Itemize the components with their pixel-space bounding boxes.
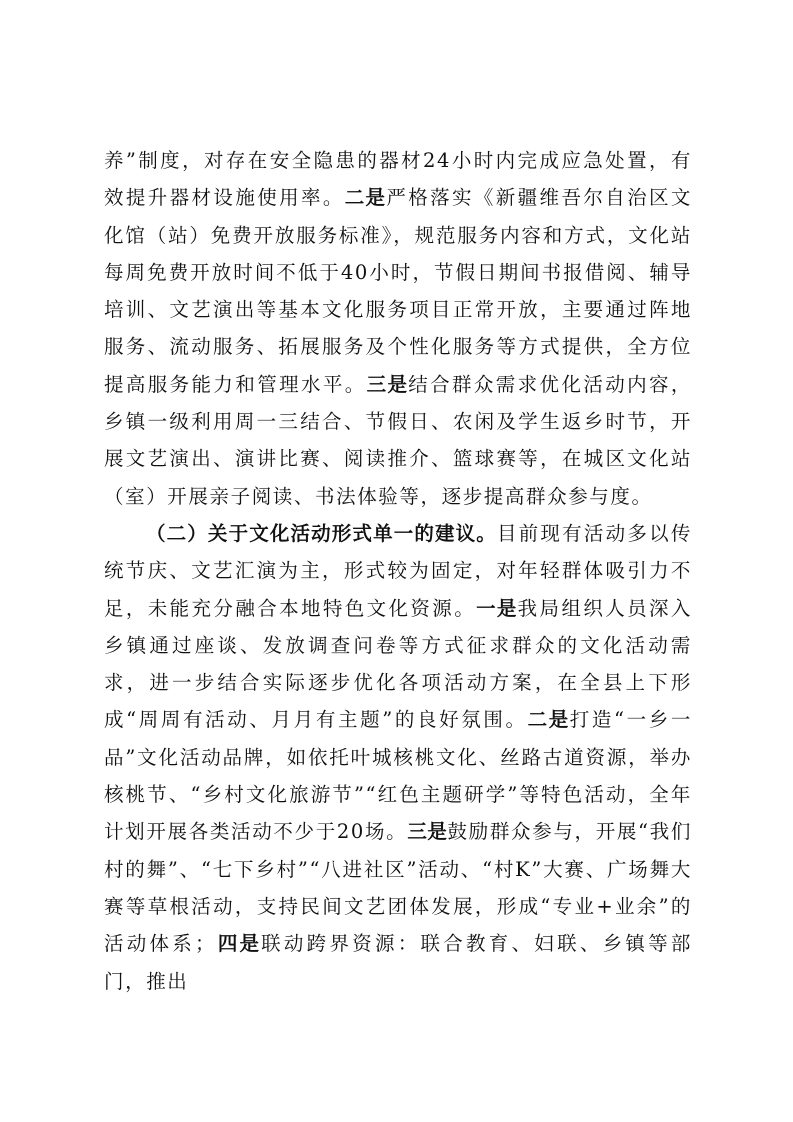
point-label-one: 一是 bbox=[476, 597, 518, 620]
paragraph-continuation: 养”制度，对存在安全隐患的器材24小时内完成应急处置，有效提升器材设施使用率。二… bbox=[104, 142, 692, 515]
section-heading: （二）关于文化活动形式单一的建议。 bbox=[146, 522, 497, 545]
paragraph-section-two: （二）关于文化活动形式单一的建议。目前现有活动多以传统节庆、文艺汇演为主，形式较… bbox=[104, 515, 692, 1000]
point-label-two: 二是 bbox=[528, 708, 570, 731]
point-label-three: 三是 bbox=[407, 820, 447, 843]
point-label-three: 三是 bbox=[367, 373, 409, 396]
point-label-four: 四是 bbox=[216, 932, 261, 955]
text-segment: 严格落实《新疆维吾尔自治区文化馆（站）免费开放服务标准》，规范服务内容和方式，文… bbox=[104, 186, 692, 395]
document-page: 养”制度，对存在安全隐患的器材24小时内完成应急处置，有效提升器材设施使用率。二… bbox=[104, 142, 692, 1000]
point-label-two: 二是 bbox=[345, 186, 387, 209]
